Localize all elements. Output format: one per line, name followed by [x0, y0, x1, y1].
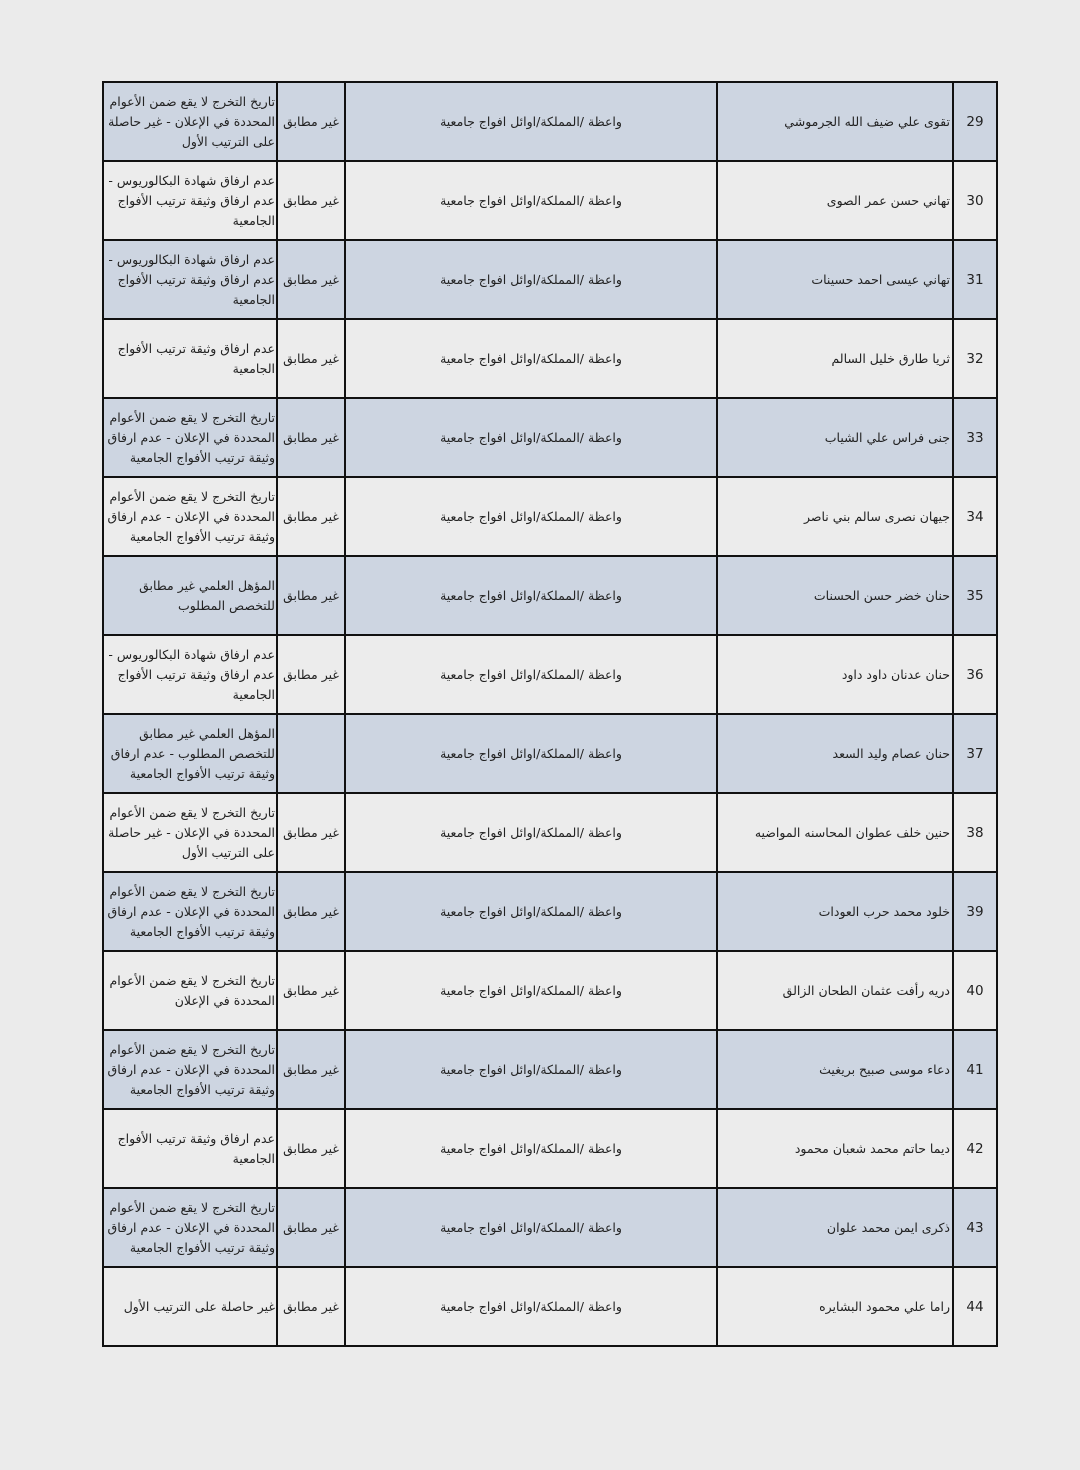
rejection-reason-cell: تاريخ التخرج لا يقع ضمن الأعوام المحددة …	[103, 872, 277, 951]
position-category-cell: واعظة /المملكة/اوائل افواج جامعية	[345, 319, 717, 398]
table-row: 32 ثريا طارق خليل السالم واعظة /المملكة/…	[103, 319, 997, 398]
row-number-cell: 42	[953, 1109, 997, 1188]
position-category-cell: واعظة /المملكة/اوائل افواج جامعية	[345, 1267, 717, 1346]
row-number-cell: 31	[953, 240, 997, 319]
match-status-cell: غير مطابق	[277, 1267, 345, 1346]
rejection-reason-cell: تاريخ التخرج لا يقع ضمن الأعوام المحددة …	[103, 1030, 277, 1109]
rejection-reason-cell: المؤهل العلمي غير مطابق للتخصص المطلوب	[103, 556, 277, 635]
applicants-table-container: 29 تقوى علي ضيف الله الجرموشي واعظة /الم…	[102, 81, 989, 1347]
row-number-cell: 39	[953, 872, 997, 951]
row-number-cell: 36	[953, 635, 997, 714]
rejection-reason-cell: تاريخ التخرج لا يقع ضمن الأعوام المحددة …	[103, 398, 277, 477]
rejection-reason-cell: عدم ارفاق شهادة البكالوريوس - عدم ارفاق …	[103, 161, 277, 240]
rejection-reason-cell: عدم ارفاق وثيقة ترتيب الأفواج الجامعية	[103, 319, 277, 398]
position-category-cell: واعظة /المملكة/اوائل افواج جامعية	[345, 635, 717, 714]
rejection-reason-cell: عدم ارفاق وثيقة ترتيب الأفواج الجامعية	[103, 1109, 277, 1188]
row-number-cell: 40	[953, 951, 997, 1030]
table-row: 35 حنان خضر حسن الحسنات واعظة /المملكة/ا…	[103, 556, 997, 635]
applicant-name-cell: ذكرى ايمن محمد علوان	[717, 1188, 953, 1267]
position-category-cell: واعظة /المملكة/اوائل افواج جامعية	[345, 161, 717, 240]
applicant-name-cell: حنان عصام وليد السعد	[717, 714, 953, 793]
match-status-cell: غير مطابق	[277, 240, 345, 319]
match-status-cell: غير مطابق	[277, 161, 345, 240]
table-row: 42 ديما حاتم محمد شعبان محمود واعظة /الم…	[103, 1109, 997, 1188]
match-status-cell: غير مطابق	[277, 1109, 345, 1188]
table-row: 30 تهاني حسن عمر الصوى واعظة /المملكة/او…	[103, 161, 997, 240]
row-number-cell: 32	[953, 319, 997, 398]
match-status-cell: غير مطابق	[277, 319, 345, 398]
rejection-reason-cell: تاريخ التخرج لا يقع ضمن الأعوام المحددة …	[103, 477, 277, 556]
match-status-cell: غير مطابق	[277, 951, 345, 1030]
table-row: 43 ذكرى ايمن محمد علوان واعظة /المملكة/ا…	[103, 1188, 997, 1267]
applicants-table-body: 29 تقوى علي ضيف الله الجرموشي واعظة /الم…	[103, 82, 997, 1346]
match-status-cell: غير مطابق	[277, 635, 345, 714]
row-number-cell: 35	[953, 556, 997, 635]
rejection-reason-cell: تاريخ التخرج لا يقع ضمن الأعوام المحددة …	[103, 951, 277, 1030]
table-row: 39 خلود محمد حرب العودات واعظة /المملكة/…	[103, 872, 997, 951]
applicant-name-cell: دعاء موسى صبيح بريغيث	[717, 1030, 953, 1109]
rejection-reason-cell: تاريخ التخرج لا يقع ضمن الأعوام المحددة …	[103, 82, 277, 161]
applicant-name-cell: راما علي محمود البشايره	[717, 1267, 953, 1346]
position-category-cell: واعظة /المملكة/اوائل افواج جامعية	[345, 872, 717, 951]
match-status-cell: غير مطابق	[277, 1188, 345, 1267]
row-number-cell: 29	[953, 82, 997, 161]
position-category-cell: واعظة /المملكة/اوائل افواج جامعية	[345, 240, 717, 319]
table-row: 41 دعاء موسى صبيح بريغيث واعظة /المملكة/…	[103, 1030, 997, 1109]
applicant-name-cell: ثريا طارق خليل السالم	[717, 319, 953, 398]
position-category-cell: واعظة /المملكة/اوائل افواج جامعية	[345, 477, 717, 556]
row-number-cell: 38	[953, 793, 997, 872]
rejection-reason-cell: تاريخ التخرج لا يقع ضمن الأعوام المحددة …	[103, 793, 277, 872]
position-category-cell: واعظة /المملكة/اوائل افواج جامعية	[345, 793, 717, 872]
applicant-name-cell: خلود محمد حرب العودات	[717, 872, 953, 951]
row-number-cell: 41	[953, 1030, 997, 1109]
row-number-cell: 33	[953, 398, 997, 477]
match-status-cell: غير مطابق	[277, 82, 345, 161]
applicant-name-cell: دريه رأفت عثمان الطحان الزالق	[717, 951, 953, 1030]
applicant-name-cell: ديما حاتم محمد شعبان محمود	[717, 1109, 953, 1188]
position-category-cell: واعظة /المملكة/اوائل افواج جامعية	[345, 1030, 717, 1109]
applicant-name-cell: تهاني حسن عمر الصوى	[717, 161, 953, 240]
row-number-cell: 43	[953, 1188, 997, 1267]
applicant-name-cell: حنين خلف عطوان المحاسنه المواضيه	[717, 793, 953, 872]
row-number-cell: 37	[953, 714, 997, 793]
position-category-cell: واعظة /المملكة/اوائل افواج جامعية	[345, 82, 717, 161]
match-status-cell: غير مطابق	[277, 793, 345, 872]
rejection-reason-cell: عدم ارفاق شهادة البكالوريوس - عدم ارفاق …	[103, 635, 277, 714]
match-status-cell: غير مطابق	[277, 477, 345, 556]
position-category-cell: واعظة /المملكة/اوائل افواج جامعية	[345, 556, 717, 635]
table-row: 44 راما علي محمود البشايره واعظة /المملك…	[103, 1267, 997, 1346]
position-category-cell: واعظة /المملكة/اوائل افواج جامعية	[345, 1109, 717, 1188]
position-category-cell: واعظة /المملكة/اوائل افواج جامعية	[345, 398, 717, 477]
applicant-name-cell: تهاني عيسى احمد حسينات	[717, 240, 953, 319]
table-row: 37 حنان عصام وليد السعد واعظة /المملكة/ا…	[103, 714, 997, 793]
applicant-name-cell: جنى فراس علي الشياب	[717, 398, 953, 477]
match-status-cell: غير مطابق	[277, 1030, 345, 1109]
rejection-reason-cell: تاريخ التخرج لا يقع ضمن الأعوام المحددة …	[103, 1188, 277, 1267]
table-row: 33 جنى فراس علي الشياب واعظة /المملكة/او…	[103, 398, 997, 477]
match-status-cell: غير مطابق	[277, 398, 345, 477]
position-category-cell: واعظة /المملكة/اوائل افواج جامعية	[345, 951, 717, 1030]
applicant-name-cell: حنان خضر حسن الحسنات	[717, 556, 953, 635]
position-category-cell: واعظة /المملكة/اوائل افواج جامعية	[345, 714, 717, 793]
table-row: 29 تقوى علي ضيف الله الجرموشي واعظة /الم…	[103, 82, 997, 161]
applicants-table: 29 تقوى علي ضيف الله الجرموشي واعظة /الم…	[102, 81, 998, 1347]
rejection-reason-cell: المؤهل العلمي غير مطابق للتخصص المطلوب -…	[103, 714, 277, 793]
position-category-cell: واعظة /المملكة/اوائل افواج جامعية	[345, 1188, 717, 1267]
row-number-cell: 30	[953, 161, 997, 240]
match-status-cell: غير مطابق	[277, 556, 345, 635]
applicant-name-cell: جيهان نصرى سالم بني ناصر	[717, 477, 953, 556]
match-status-cell	[277, 714, 345, 793]
table-row: 34 جيهان نصرى سالم بني ناصر واعظة /الممل…	[103, 477, 997, 556]
applicant-name-cell: تقوى علي ضيف الله الجرموشي	[717, 82, 953, 161]
row-number-cell: 44	[953, 1267, 997, 1346]
table-row: 40 دريه رأفت عثمان الطحان الزالق واعظة /…	[103, 951, 997, 1030]
match-status-cell: غير مطابق	[277, 872, 345, 951]
applicant-name-cell: حنان عدنان داود داود	[717, 635, 953, 714]
rejection-reason-cell: غير حاصلة على الترتيب الأول	[103, 1267, 277, 1346]
rejection-reason-cell: عدم ارفاق شهادة البكالوريوس - عدم ارفاق …	[103, 240, 277, 319]
table-row: 38 حنين خلف عطوان المحاسنه المواضيه واعظ…	[103, 793, 997, 872]
table-row: 31 تهاني عيسى احمد حسينات واعظة /المملكة…	[103, 240, 997, 319]
table-row: 36 حنان عدنان داود داود واعظة /المملكة/ا…	[103, 635, 997, 714]
row-number-cell: 34	[953, 477, 997, 556]
